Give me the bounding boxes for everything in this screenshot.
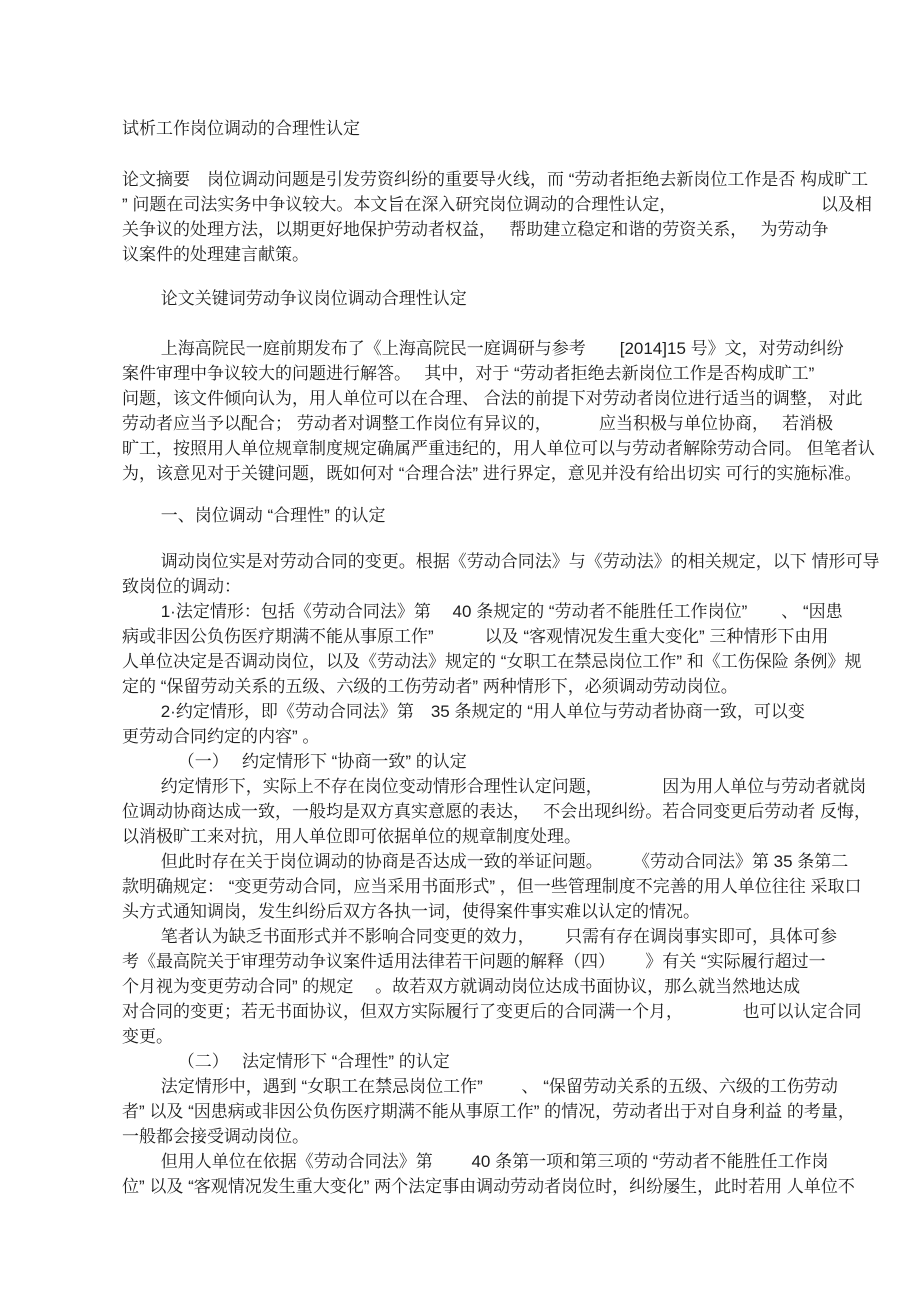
- abstract-paragraph: 论文摘要 岗位调动问题是引发劳资纠纷的重要导火线，而 “劳动者拒绝去新岗位工作是…: [122, 167, 802, 267]
- statutory-paragraph-2: 但用人单位在依据《劳动合同法》第 40 条第一项和第三项的 “劳动者不能胜任工作…: [122, 1149, 802, 1199]
- agreed-consensus-paragraph-1: 约定情形下，实际上不存在岗位变动情形合理性认定问题， 因为用人单位与劳动者就岗 …: [122, 774, 802, 849]
- transfer-situations-paragraph: 调动岗位实是对劳动合同的变更。根据《劳动合同法》与《劳动法》的相关规定，以下 情…: [122, 549, 802, 749]
- agreed-consensus-paragraph-3: 笔者认为缺乏书面形式并不影响合同变更的效力， 只需有存在调岗事实即可，具体可参 …: [122, 924, 802, 1049]
- subsection-1-1-heading: （一） 约定情形下 “协商一致” 的认定: [122, 749, 802, 774]
- document-page: 试析工作岗位调动的合理性认定 论文摘要 岗位调动问题是引发劳资纠纷的重要导火线，…: [0, 0, 920, 1303]
- statutory-paragraph-1: 法定情形中，遇到 “女职工在禁忌岗位工作” 、 “保留劳动关系的五级、六级的工伤…: [122, 1074, 802, 1149]
- section-1-heading: 一、岗位调动 “合理性” 的认定: [122, 503, 802, 528]
- keywords-line: 论文关键词劳动争议岗位调动合理性认定: [122, 286, 802, 311]
- intro-paragraph: 上海高院民一庭前期发布了《上海高院民一庭调研与参考 [2014]15 号》文，对…: [122, 336, 802, 486]
- document-title: 试析工作岗位调动的合理性认定: [122, 116, 802, 141]
- agreed-consensus-paragraph-2: 但此时存在关于岗位调动的协商是否达成一致的举证问题。 《劳动合同法》第 35 条…: [122, 849, 802, 924]
- subsection-1-2-heading: （二） 法定情形下 “合理性” 的认定: [122, 1049, 802, 1074]
